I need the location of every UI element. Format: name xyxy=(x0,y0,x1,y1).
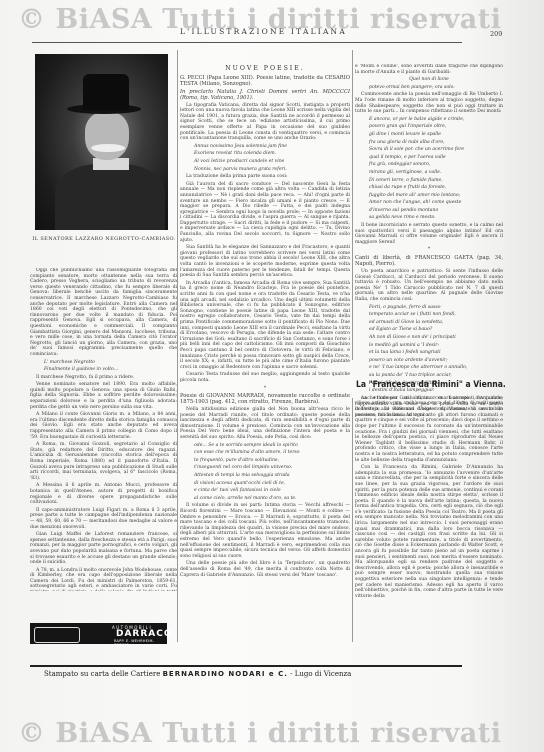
verse-line: Finalmente il guidone in volto... xyxy=(30,367,177,373)
verse-line: Exoriens revelat ritu colenda diem. xyxy=(180,151,350,157)
verse-line: t'inseguenti nel coro del limpido univer… xyxy=(180,465,350,471)
paragraph: Il marchese Negrotto, fa il primo a ride… xyxy=(30,375,177,381)
verse-line: d'inverno sul pendio montano xyxy=(355,208,503,214)
verse-line: Nonnis, nec parvis munera grata referi. xyxy=(180,167,350,173)
verse-line: Quel non di lione xyxy=(355,77,503,83)
verse-line: Annus novissimo Jesu solemnia jam fine xyxy=(180,144,350,150)
watermark-bottom: © BiASA Tutti i diritti riservati xyxy=(18,718,502,749)
paragraph: Con la Francesca da Rimini, Gabriele D'A… xyxy=(355,465,503,599)
verse-line: fra una gloria di nubi alba d'oro, xyxy=(355,140,503,146)
verse-line: posero un voto ardente d'avvenir; xyxy=(355,358,503,364)
entry-subheading: In preclarlo Natalia J. Christi Domini v… xyxy=(180,89,350,101)
verse-line: te frequentò, pure d'altro solitudine, xyxy=(180,458,350,464)
paragraph: Venne nominato senatore nel 1890. Era mo… xyxy=(30,382,177,410)
separator: * xyxy=(355,247,503,253)
paragraph: Oggi che pubblichiamo una rassomigliante… xyxy=(30,268,177,358)
column-divider xyxy=(352,398,353,642)
verse-line: lo meditò gli uomini a 'I desir: xyxy=(355,343,503,349)
verse-line: fuggito del mare ali' amor mio lontano; xyxy=(355,193,503,199)
verse-line: e ne' 'I tuo lampo che atterriser o annu… xyxy=(355,365,503,371)
face-shape xyxy=(85,112,129,160)
running-head: L'ILLUSTRAZIONE ITALIANA xyxy=(180,27,347,36)
footer-suffix: - Lugo di Vicenza xyxy=(290,670,351,678)
obituary-paragraph: A Roma, m. Giovanni Gozzoli, segretario … xyxy=(30,442,177,481)
verse-line: L' marchese Negrotto xyxy=(30,360,177,366)
footer-prefix: Stampato su carta delle Cartiere xyxy=(44,670,160,678)
verse-line: et la tua lama i fedeli sangriati xyxy=(355,350,503,356)
verse-line: su la punta de' 'I tuo triplice acciar, xyxy=(355,373,503,379)
verse-line: qual il tempio, e per l'aerea valle xyxy=(355,155,503,161)
portrait-photo xyxy=(35,54,168,230)
verse-line: povero gran qui l'imperiale oltre, xyxy=(355,124,503,130)
paragraph: Già l'aurora del dì sacro conduce — Del … xyxy=(180,182,350,244)
obituary-paragraph: A Messina il 6 aprile m. Antonio Mucci, … xyxy=(30,483,177,505)
paragraph: La traduzione della prima parte suona co… xyxy=(180,174,350,180)
subsection-title: La "Francesca da Rimini" a Vienna. xyxy=(356,380,506,390)
page-number: 209 xyxy=(490,30,502,38)
verse-line: Al voci letizie prodiscri candele et vin… xyxy=(180,159,350,165)
paragraph: e 'Monti e colline', sono avvertiti dall… xyxy=(355,64,503,75)
verse-line: Amor non che l'angue, ah! come queste xyxy=(355,200,503,206)
verse-line: Ah non di Giove e non de' i principati xyxy=(355,335,503,341)
moustache-shape xyxy=(91,144,125,152)
top-hat-shape xyxy=(83,74,129,110)
coat-shape xyxy=(55,164,165,230)
separator: * xyxy=(180,386,350,392)
verse-line: Sovra di il sole por. che un acerrimo fe… xyxy=(355,147,503,153)
column-2: NUOVE POESIE. G. PECCI (Papa Leone XIII)… xyxy=(180,64,350,642)
verse-line: ed Egisto ar Tiene si bauo? xyxy=(355,327,503,333)
verse-line: gli dine i monti levare le spalle xyxy=(355,132,503,138)
newspaper-page: © BiASA Tutti i diritti riservati L'ILLU… xyxy=(0,0,544,752)
paragraph: Il bene incorniciato e serrato questo so… xyxy=(355,223,503,245)
column-divider xyxy=(352,50,353,360)
verse-line: chiusi da rupe e frutti da foreste, xyxy=(355,185,503,191)
column-3-lower: La Francesca da Rimini di Gabriele d'Ann… xyxy=(355,396,503,642)
paragraph: La Francesca da Rimini di Gabriele d'Ann… xyxy=(355,396,503,463)
verse-line: con esse che m'illumina d'alto amore, il… xyxy=(180,450,350,456)
verse-line: al come cielo, arrelle nel manto d'oro, … xyxy=(180,496,350,502)
footer-rule xyxy=(30,665,462,667)
paragraph: Nella nitidissima edizione gialla del No… xyxy=(180,407,350,441)
printer-footer: Stampato su carta delle Cartiere BERNARD… xyxy=(44,670,351,678)
paragraph: Un poeta anarchico e patriottico. Si sen… xyxy=(355,269,503,303)
verse-line: e cinta de' tuoi veli fantasiosi in ciel… xyxy=(180,488,350,494)
verse-line: Attestan di tempi la mia selvaggia strad… xyxy=(180,473,350,479)
verse-line: ed armasti di Giove la vendetta, xyxy=(355,320,503,326)
entry-heading: G. PECCI (Papa Leone XIII). Poesie latin… xyxy=(180,75,350,87)
paragraph: Sua Santità ha le eleganze del Sannazzar… xyxy=(180,245,350,279)
entry-heading: Canti di libertà, di FRANCESCO GAETA (pa… xyxy=(355,255,503,267)
obituary-paragraph: A Milano il conte Giovanni Giorio m. a M… xyxy=(30,412,177,440)
column-1: Oggi che pubblichiamo una rassomigliante… xyxy=(30,268,177,591)
automobile-icon xyxy=(34,627,80,643)
verse-line: ode... Se a te sorrido sempre ideali lo … xyxy=(180,443,350,449)
verse-line: temperato acciar se i flutti non fondi, xyxy=(355,312,503,318)
paragraph: Cesario Testa tradusse del suo meglio, a… xyxy=(180,372,350,383)
ad-brand: DARRACQ xyxy=(116,629,173,639)
column-divider xyxy=(177,50,178,642)
paragraph: Una delle poesie più alte del libro è la… xyxy=(180,561,350,578)
ad-agent: RAPP. E. WEHRHEIM-TORINO xyxy=(114,639,167,647)
obituary-paragraph: Gian Luigi Maffei de Laforest romanziere… xyxy=(30,532,177,566)
verse-line: di visioni accesa quant'occhi cieli di t… xyxy=(180,481,350,487)
verse-line: Forti, o pugnale, ferro di sasso xyxy=(355,305,503,311)
obituary-paragraph: A 78, m. a Londra il molto onorevole Joh… xyxy=(30,568,177,591)
paragraph: Commovente anche la poesia nell'omaggio … xyxy=(355,92,503,114)
footer-company: BERNARDINO NODARI e C. xyxy=(163,670,288,678)
darracq-advertisement: AUTOMOBILI DARRACQ RAPP. E. WEHRHEIM-TOR… xyxy=(30,623,167,644)
entry-heading: Poesie di GIOVANNI MARRADI, novamente ra… xyxy=(180,393,350,405)
section-title: NUOVE POESIE. xyxy=(180,66,350,72)
verse-line: potevo ormai ben piangere; ora solo. xyxy=(355,85,503,91)
header-rule xyxy=(32,42,462,43)
verse-line: Di ceneri terre, o fumide fiume, xyxy=(355,178,503,184)
paragraph: Il volume si divide in sei parti: Intima… xyxy=(180,503,350,559)
verse-line: fra grà, ondeggiar sonoro, xyxy=(355,162,503,168)
paragraph: In Arcadia (l'antica, famosa Arcadia di … xyxy=(180,281,350,371)
verse-line: mirano gli, vertiginose, a valle. xyxy=(355,170,503,176)
verse-line: sa gelida neve rimo e mesto. xyxy=(355,215,503,221)
obituary-paragraph: Il capo-amministratore Luigi Figari m. a… xyxy=(30,508,177,530)
photo-caption: IL SENATORE LAZZARO NEGROTTO-CAMBIASO. xyxy=(30,236,178,242)
paragraph: La tipografia Vaticana, diretta dal sign… xyxy=(180,103,350,142)
verse-line: E ancora, or per le balze aigide e crini… xyxy=(355,117,503,123)
